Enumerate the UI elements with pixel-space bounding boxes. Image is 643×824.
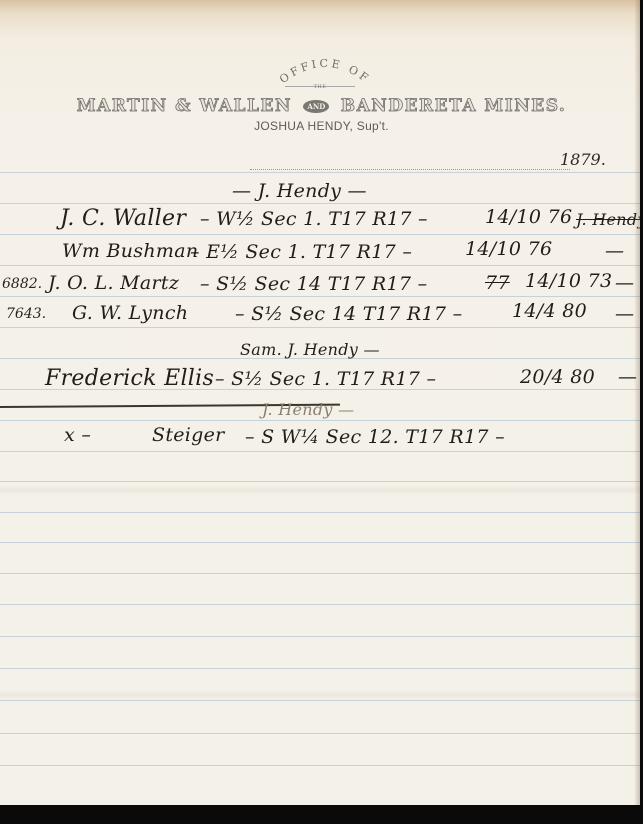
entry-note: — (615, 272, 634, 294)
date-dotted-line (250, 169, 570, 170)
company-name-part1: MARTIN & WALLEN (77, 96, 292, 116)
letter-date: 1879. (560, 150, 606, 169)
entry-name: Wm Bushman (62, 240, 198, 262)
entry-parcel: – S W¼ Sec 12. T17 R17 – (245, 426, 505, 448)
the-label: THE (300, 84, 340, 90)
ruled-line (0, 296, 640, 297)
ruled-line (0, 451, 640, 452)
ruled-line (0, 636, 640, 637)
entry-date: 14/10 76 (485, 206, 572, 228)
entry-name: Frederick Ellis (45, 366, 214, 391)
entry-date-struck: 77 (485, 272, 510, 294)
ruled-line (0, 573, 640, 574)
ruled-line (0, 234, 640, 235)
ruled-line (0, 512, 640, 513)
ruled-line (0, 172, 640, 173)
entry-parcel: – S½ Sec 14 T17 R17 – (235, 303, 462, 325)
entry-date: 14/10 76 (465, 238, 552, 260)
ruled-line (0, 604, 640, 605)
company-name-part2: BANDERETA MINES. (341, 96, 567, 116)
ruled-line (0, 765, 640, 766)
entry-mark: x – (64, 424, 91, 446)
ruled-line (0, 420, 640, 421)
entry-date: 14/4 80 (512, 300, 587, 322)
superintendent-line: JOSHUA HENDY, Sup't. (0, 119, 640, 133)
heading-j-hendy-pencil: J. Hendy — (262, 400, 354, 419)
entry-date: 20/4 80 (520, 366, 595, 388)
company-name: MARTIN & WALLEN AND BANDERETA MINES. (0, 96, 640, 116)
ruled-line (0, 203, 640, 204)
heading-j-hendy: — J. Hendy — (232, 180, 367, 202)
svg-text:OFFICE OF: OFFICE OF (277, 57, 373, 86)
entry-note: — (605, 240, 624, 262)
entry-note-struck: J. Hendy (576, 210, 640, 229)
margin-number: 7643. (6, 306, 46, 322)
ruled-line (0, 265, 640, 266)
entry-note: — (615, 303, 634, 325)
and-badge: AND (303, 100, 329, 113)
margin-number: 6882. (2, 276, 42, 292)
heading-sam-j-hendy: Sam. J. Hendy — (240, 340, 380, 359)
entry-name: J. O. L. Martz (48, 272, 179, 294)
letter-paper: OFFICE OF THE MARTIN & WALLEN AND BANDER… (0, 0, 640, 805)
ruled-line (0, 733, 640, 734)
ruled-line (0, 668, 640, 669)
paper-crease (0, 690, 640, 700)
ruled-line (0, 700, 640, 701)
ruled-line (0, 327, 640, 328)
entry-parcel: – S½ Sec 1. T17 R17 – (215, 368, 436, 390)
ruled-line (0, 542, 640, 543)
entry-name: G. W. Lynch (72, 302, 188, 324)
entry-date: 14/10 73 (525, 270, 612, 292)
paper-crease (0, 485, 640, 495)
entry-parcel: – E½ Sec 1. T17 R17 – (190, 241, 412, 263)
entry-note: — (618, 366, 637, 388)
entry-name: Steiger (152, 424, 225, 446)
entry-parcel: – W½ Sec 1. T17 R17 – (200, 208, 428, 230)
entry-parcel: – S½ Sec 14 T17 R17 – (200, 273, 427, 295)
entry-name: J. C. Waller (60, 206, 186, 231)
ruled-line (0, 481, 640, 482)
